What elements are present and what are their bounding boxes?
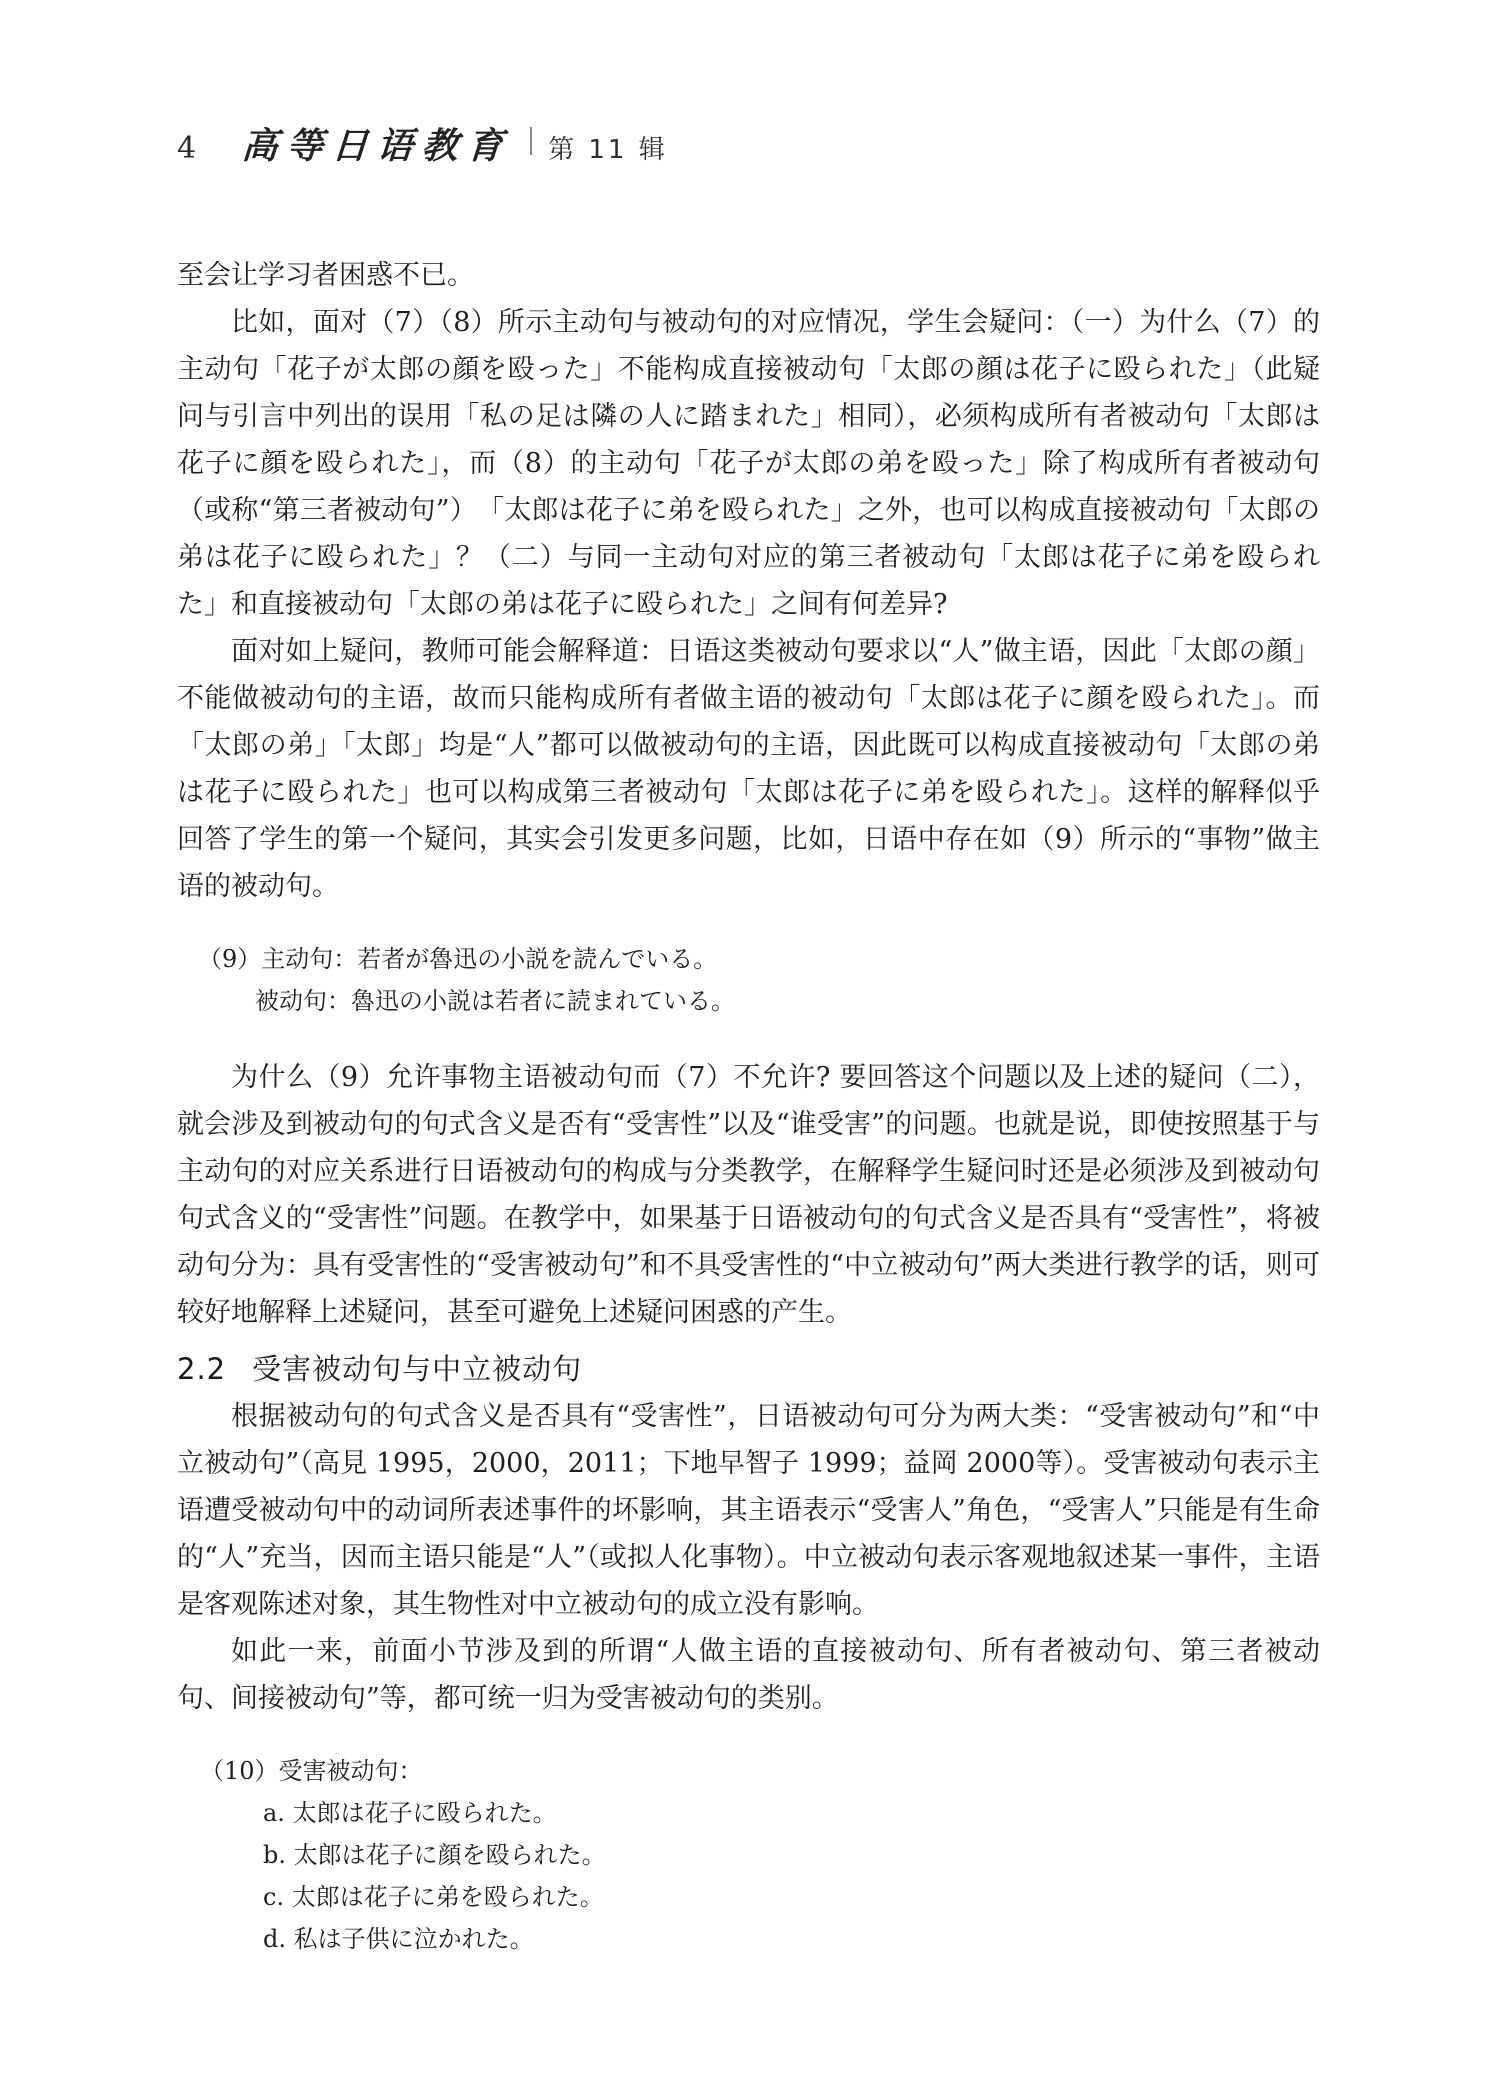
journal-title: 高等日语教育 (240, 118, 514, 169)
page-header: 4 高等日语教育 第 11 辑 (177, 118, 1320, 158)
header-divider-line (530, 127, 532, 155)
paragraph-1: 至会让学习者困惑不已。 (177, 252, 1320, 299)
section-number: 2.2 (177, 1352, 226, 1386)
page-number: 4 (177, 131, 196, 166)
paragraph-4: 为什么（9）允许事物主语被动句而（7）不允许? 要回答这个问题以及上述的疑问（二… (177, 1054, 1320, 1336)
example-9-active-label: 主动句： (261, 945, 357, 973)
paragraph-2: 比如，面对（7）（8）所示主动句与被动句的对应情况，学生会疑问：（一）为什么（7… (177, 299, 1320, 628)
example-9: （9）主动句：若者が魯迅の小説を読んでいる。 被动句：魯迅の小説は若者に読まれて… (177, 938, 1320, 1022)
section-title: 受害被动句与中立被动句 (252, 1352, 582, 1386)
example-10: （10）受害被动句： a. 太郎は花子に殴られた。 b. 太郎は花子に顔を殴られ… (177, 1750, 1320, 1960)
example-10-item: a. 太郎は花子に殴られた。 (177, 1792, 1320, 1834)
issue-label: 第 11 辑 (548, 129, 668, 166)
example-9-passive-line: 被动句：魯迅の小説は若者に読まれている。 (177, 980, 1320, 1022)
paragraph-3: 面对如上疑问，教师可能会解释道：日语这类被动句要求以“人”做主语，因此「太郎の顔… (177, 628, 1320, 910)
paragraph-5: 根据被动句的句式含义是否具有“受害性”，日语被动句可分为两大类：“受害被动句”和… (177, 1393, 1320, 1628)
example-9-passive-label: 被动句： (255, 987, 351, 1015)
example-9-passive-text: 魯迅の小説は若者に読まれている。 (351, 987, 735, 1015)
example-9-number: （9） (198, 945, 261, 973)
example-10-title: 受害被动句： (279, 1757, 423, 1785)
page: 4 高等日语教育 第 11 辑 至会让学习者困惑不已。 比如，面对（7）（8）所… (0, 0, 1495, 2092)
example-9-active-text: 若者が魯迅の小説を読んでいる。 (357, 945, 717, 973)
paragraph-6: 如此一来，前面小节涉及到的所谓“人做主语的直接被动句、所有者被动句、第三者被动句… (177, 1628, 1320, 1722)
example-10-label-line: （10）受害被动句： (177, 1750, 1320, 1792)
section-heading: 2.2受害被动句与中立被动句 (177, 1346, 1320, 1393)
example-10-item: d. 私は子供に泣かれた。 (177, 1918, 1320, 1960)
example-10-item: c. 太郎は花子に弟を殴られた。 (177, 1876, 1320, 1918)
example-10-item: b. 太郎は花子に顔を殴られた。 (177, 1834, 1320, 1876)
example-10-number: （10） (200, 1757, 279, 1785)
page-body: 至会让学习者困惑不已。 比如，面对（7）（8）所示主动句与被动句的对应情况，学生… (177, 252, 1320, 1960)
example-9-active-line: （9）主动句：若者が魯迅の小説を読んでいる。 (177, 938, 1320, 980)
